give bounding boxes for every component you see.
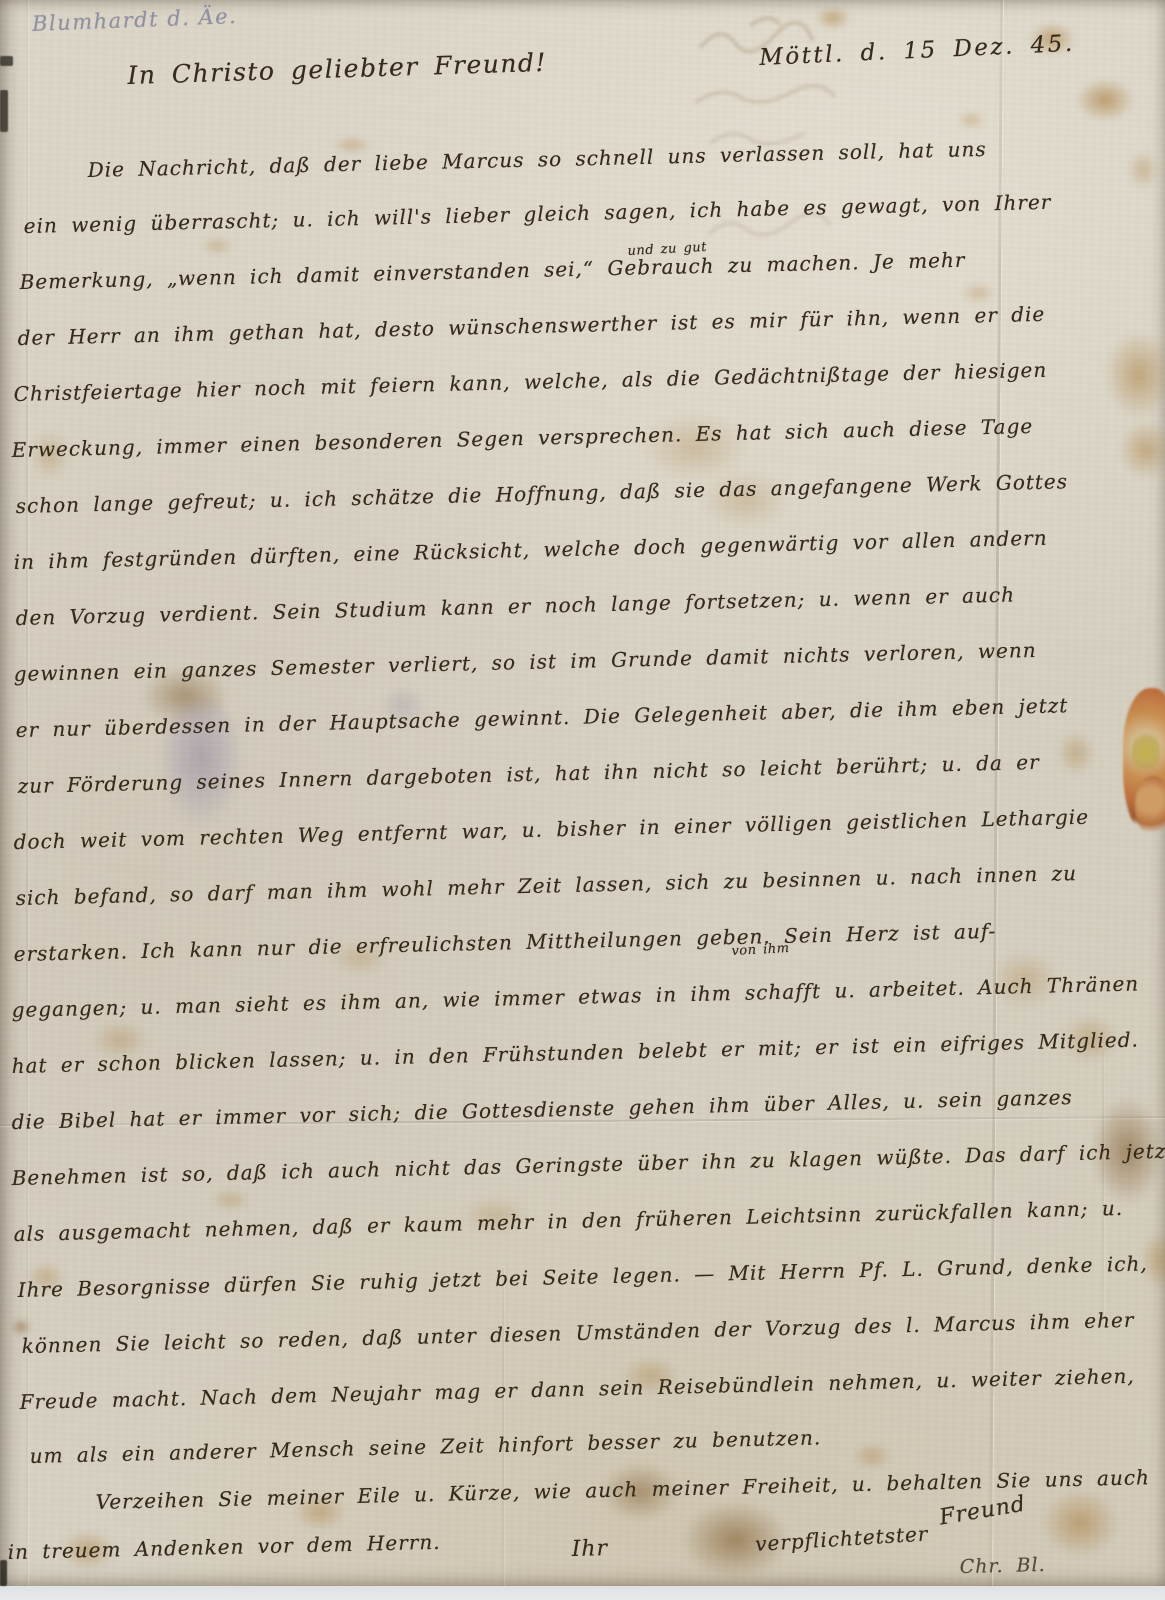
letter-line: gewinnen ein ganzes Semester verliert, s…: [13, 638, 1036, 687]
stain: [1128, 150, 1158, 190]
letter-line: als ausgemacht nehmen, daß er kaum mehr …: [13, 1196, 1123, 1247]
wax-seal-body: [1123, 688, 1165, 840]
letter-line: er nur überdessen in der Hauptsache gewi…: [15, 693, 1068, 743]
stain: [210, 1188, 250, 1212]
scanned-letter-screenshot: { "archive_annotation": { "pencil_note":…: [0, 0, 1165, 1600]
closing-valediction-freund: Freund: [940, 1507, 1029, 1540]
letter-line: der Herr an ihm gethan hat, desto wünsch…: [17, 302, 1045, 351]
letter-line: den Vorzug verdient. Sein Studium kann e…: [15, 582, 1015, 631]
stain: [1056, 730, 1096, 776]
bleedthrough-writing-mark: [690, 8, 960, 158]
bottom-fold-crease: [502, 1268, 504, 1586]
letter-line: um als ein anderer Mensch seine Zeit hin…: [29, 1425, 821, 1469]
signature: Chr. Bl.: [959, 1554, 1045, 1580]
closing-ihr: Ihr: [571, 1535, 608, 1563]
letter-salutation: In Christo geliebter Freund!: [127, 47, 547, 91]
wax-seal-lower-lobe: [1135, 776, 1165, 836]
stain: [1104, 330, 1165, 420]
closing-line: in treuem Andenken vor dem Herrn.: [7, 1530, 440, 1565]
letter-line: die Bibel hat er immer vor sich; die Got…: [11, 1085, 1073, 1135]
letter-line: doch weit vom rechten Weg entfernt war, …: [13, 805, 1089, 855]
stain: [1040, 1488, 1120, 1558]
stain: [960, 282, 996, 304]
valediction-word: Freund: [937, 1491, 1028, 1533]
stain: [815, 6, 851, 30]
interlinear-insertion: von ihm: [731, 941, 790, 960]
stain: [956, 110, 986, 130]
letter-dateline: Möttl. d. 15 Dez. 45.: [759, 30, 1076, 73]
stain: [852, 1442, 892, 1470]
edge-ink-mark: [0, 90, 8, 132]
pencil-archive-note: Blumhardt d. Äe.: [32, 6, 238, 35]
right-fold-crease: [1102, 1050, 1104, 1330]
scanner-background-strip: [0, 1586, 1165, 1600]
letter-line: Ihre Besorgnisse dürfen Sie ruhig jetzt …: [17, 1251, 1148, 1303]
letter-line: Christfeiertage hier noch mit feiern kan…: [13, 358, 1047, 407]
letter-line: können Sie leicht so reden, daß unter di…: [21, 1308, 1134, 1359]
letter-line: Benehmen ist so, daß ich auch nicht das …: [11, 1139, 1165, 1191]
letter-line: zur Förderung seines Innern dargeboten i…: [17, 750, 1040, 799]
wax-seal-center: [1132, 730, 1160, 774]
letter-line: ein wenig überrascht; u. ich will's lieb…: [23, 190, 1051, 239]
letter-line: erstarken. Ich kann nur die erfreulichst…: [13, 919, 996, 967]
letter-line: Freude macht. Nach dem Neujahr mag er da…: [19, 1364, 1135, 1415]
letter-line: schon lange gefreut; u. ich schätze die …: [15, 469, 1068, 519]
vertical-fold-crease: [989, 0, 1003, 1586]
letter-line: sich befand, so darf man ihm wohl mehr Z…: [15, 861, 1077, 911]
wax-seal-remnant: [1123, 688, 1165, 840]
closing-valediction: verpflichtetster: [754, 1521, 929, 1557]
letter-line: gegangen; u. man sieht es ihm an, wie im…: [11, 971, 1139, 1023]
letter-line: Bemerkung, „wenn ich damit einverstanden…: [19, 248, 965, 295]
letter-line: Die Nachricht, daß der liebe Marcus so s…: [87, 137, 986, 183]
letter-line: in ihm festgründen dürften, eine Rücksic…: [13, 526, 1047, 575]
letter-line: hat er schon blicken lassen; u. in den F…: [11, 1027, 1139, 1079]
letter-line: Erweckung, immer einen besonderen Segen …: [11, 414, 1033, 463]
letter-page: Blumhardt d. Äe. Möttl. d. 15 Dez. 45. I…: [0, 0, 1165, 1586]
stain: [200, 236, 234, 256]
stain: [1118, 420, 1165, 480]
stain: [1075, 78, 1135, 122]
edge-ink-mark: [0, 56, 13, 66]
